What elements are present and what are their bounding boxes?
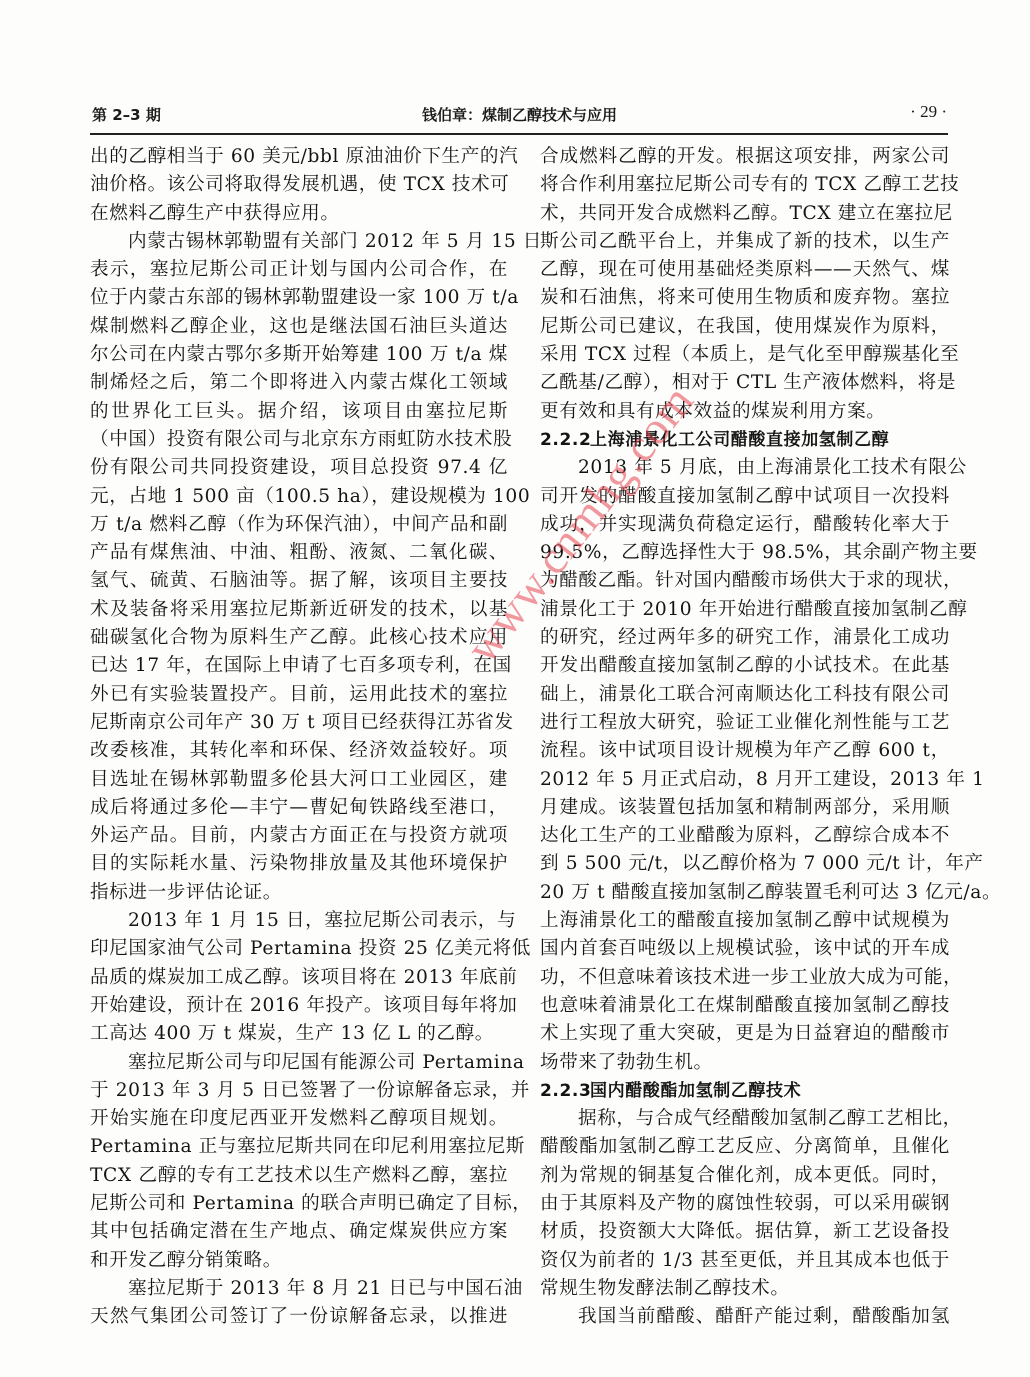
paragraph-first-line: 2013 年 5 月底，由上海浦景化工技术有限公: [540, 454, 950, 482]
text-line: 2012 年 5 月正式启动，8 月开工建设，2013 年 1: [540, 766, 950, 794]
section-number: 2.2.3: [540, 1077, 590, 1105]
running-title: 钱伯章：煤制乙醇技术与应用: [92, 104, 947, 125]
page-number: · 29 ·: [910, 102, 947, 122]
section-title: 上海浦景化工公司醋酸直接加氢制乙醇: [590, 430, 889, 450]
text-line: 材质，投资额大大降低。据估算，新工艺设备投: [540, 1218, 950, 1246]
text-line: 成后将通过多伦—丰宁—曹妃甸铁路线至港口，: [90, 794, 508, 822]
text-line: 资仅为前者的 1/3 甚至更低，并且其成本也低于: [540, 1247, 950, 1275]
text-line: 万 t/a 燃料乙醇（作为环保汽油），中间产品和副: [90, 511, 508, 539]
text-line: 场带来了勃勃生机。: [540, 1049, 950, 1077]
text-line: 术及装备将采用塞拉尼斯新近研发的技术，以基: [90, 596, 508, 624]
text-line: 尼斯公司和 Pertamina 的联合声明已确定了目标，: [90, 1190, 508, 1218]
running-header: 第 2–3 期 钱伯章：煤制乙醇技术与应用 · 29 ·: [92, 98, 947, 128]
text-line: 常规生物发酵法制乙醇技术。: [540, 1275, 950, 1303]
text-line: Pertamina 正与塞拉尼斯共同在印尼利用塞拉尼斯: [90, 1133, 508, 1161]
text-line: 术上实现了重大突破，更是为日益窘迫的醋酸市: [540, 1020, 950, 1048]
text-line: 剂为常规的铜基复合催化剂，成本更低。同时，: [540, 1162, 950, 1190]
paragraph-first-line: 塞拉尼斯公司与印尼国有能源公司 Pertamina: [90, 1049, 508, 1077]
text-line: 为醋酸乙酯。针对国内醋酸市场供大于求的现状，: [540, 567, 950, 595]
text-line: 尼斯公司已建议，在我国，使用煤炭作为原料，: [540, 313, 950, 341]
header-rule: [90, 133, 948, 135]
text-line: 功，不但意味着该技术进一步工业放大成为可能，: [540, 964, 950, 992]
text-line: 改委核准，其转化率和环保、经济效益较好。项: [90, 737, 508, 765]
text-line: 开始实施在印度尼西亚开发燃料乙醇项目规划。: [90, 1105, 508, 1133]
text-line: 表示，塞拉尼斯公司正计划与国内公司合作，在: [90, 256, 508, 284]
text-line: 在燃料乙醇生产中获得应用。: [90, 200, 508, 228]
text-line: 斯公司乙酰平台上，并集成了新的技术，以生产: [540, 228, 950, 256]
text-line: 流程。该中试项目设计规模为年产乙醇 600 t，: [540, 737, 950, 765]
right-column: 合成燃料乙醇的开发。根据这项安排，两家公司将合作利用塞拉尼斯公司专有的 TCX …: [540, 143, 950, 1331]
text-line: 99.5%，乙醇选择性大于 98.5%，其余副产物主要: [540, 539, 950, 567]
text-line: 目的实际耗水量、污染物排放量及其他环境保护: [90, 850, 508, 878]
text-line: 氢气、硫黄、石脑油等。据了解，该项目主要技: [90, 567, 508, 595]
text-line: （中国）投资有限公司与北京东方雨虹防水技术股: [90, 426, 508, 454]
text-line: 醋酸酯加氢制乙醇工艺反应、分离简单，且催化: [540, 1133, 950, 1161]
text-line: 位于内蒙古东部的锡林郭勒盟建设一家 100 万 t/a: [90, 284, 508, 312]
text-line: 将合作利用塞拉尼斯公司专有的 TCX 乙醇工艺技: [540, 171, 950, 199]
text-line: 天然气集团公司签订了一份谅解备忘录，以推进: [90, 1303, 508, 1331]
text-line: 已达 17 年，在国际上申请了七百多项专利，在国: [90, 652, 508, 680]
text-line: 司开发的醋酸直接加氢制乙醇中试项目一次投料: [540, 483, 950, 511]
text-line: 进行工程放大研究，验证工业催化剂性能与工艺: [540, 709, 950, 737]
text-line: 元，占地 1 500 亩（100.5 ha），建设规模为 100: [90, 483, 508, 511]
text-line: 浦景化工于 2010 年开始进行醋酸直接加氢制乙醇: [540, 596, 950, 624]
text-line: TCX 乙醇的专有工艺技术以生产燃料乙醇，塞拉: [90, 1162, 508, 1190]
text-line: 由于其原料及产物的腐蚀性较弱，可以采用碳钢: [540, 1190, 950, 1218]
text-line: 月建成。该装置包括加氢和精制两部分，采用顺: [540, 794, 950, 822]
text-line: 的研究，经过两年多的研究工作，浦景化工成功: [540, 624, 950, 652]
text-line: 煤制燃料乙醇企业，这也是继法国石油巨头道达: [90, 313, 508, 341]
left-column: 出的乙醇相当于 60 美元/bbl 原油油价下生产的汽油价格。该公司将取得发展机…: [90, 143, 508, 1331]
text-line: 采用 TCX 过程（本质上，是气化至甲醇羰基化至: [540, 341, 950, 369]
text-line: 术，共同开发合成燃料乙醇。TCX 建立在塞拉尼: [540, 200, 950, 228]
text-line: 乙醇，现在可使用基础烃类原料——天然气、煤: [540, 256, 950, 284]
text-line: 炭和石油焦，将来可使用生物质和废弃物。塞拉: [540, 284, 950, 312]
text-line: 份有限公司共同投资建设，项目总投资 97.4 亿: [90, 454, 508, 482]
text-line: 也意味着浦景化工在煤制醋酸直接加氢制乙醇技: [540, 992, 950, 1020]
text-line: 尔公司在内蒙古鄂尔多斯开始筹建 100 万 t/a 煤: [90, 341, 508, 369]
text-line: 20 万 t 醋酸直接加氢制乙醇装置毛利可达 3 亿元/a。: [540, 879, 950, 907]
text-line: 国内首套百吨级以上规模试验，该中试的开车成: [540, 935, 950, 963]
text-line: 目选址在锡林郭勒盟多伦县大河口工业园区，建: [90, 766, 508, 794]
paragraph-first-line: 据称，与合成气经醋酸加氢制乙醇工艺相比，: [540, 1105, 950, 1133]
paragraph-first-line: 塞拉尼斯于 2013 年 8 月 21 日已与中国石油: [90, 1275, 508, 1303]
text-line: 出的乙醇相当于 60 美元/bbl 原油油价下生产的汽: [90, 143, 508, 171]
section-heading: 2.2.3国内醋酸酯加氢制乙醇技术: [540, 1077, 950, 1105]
text-line: 工高达 400 万 t 煤炭，生产 13 亿 L 的乙醇。: [90, 1020, 508, 1048]
section-title: 国内醋酸酯加氢制乙醇技术: [590, 1081, 801, 1101]
text-line: 到 5 500 元/t，以乙醇价格为 7 000 元/t 计，年产: [540, 850, 950, 878]
section-number: 2.2.2: [540, 426, 590, 454]
text-line: 达化工生产的工业醋酸为原料，乙醇综合成本不: [540, 822, 950, 850]
text-line: 油价格。该公司将取得发展机遇，使 TCX 技术可: [90, 171, 508, 199]
text-line: 指标进一步评估论证。: [90, 879, 508, 907]
text-line: 础上，浦景化工联合河南顺达化工科技有限公司: [540, 681, 950, 709]
text-line: 制烯烃之后，第二个即将进入内蒙古煤化工领域: [90, 369, 508, 397]
text-line: 上海浦景化工的醋酸直接加氢制乙醇中试规模为: [540, 907, 950, 935]
paragraph-first-line: 2013 年 1 月 15 日，塞拉尼斯公司表示，与: [90, 907, 508, 935]
text-line: 开始建设，预计在 2016 年投产。该项目每年将加: [90, 992, 508, 1020]
text-line: 成功，并实现满负荷稳定运行，醋酸转化率大于: [540, 511, 950, 539]
text-line: 其中包括确定潜在生产地点、确定煤炭供应方案: [90, 1218, 508, 1246]
text-line: 乙酰基/乙醇），相对于 CTL 生产液体燃料，将是: [540, 369, 950, 397]
text-line: 更有效和具有成本效益的煤炭利用方案。: [540, 398, 950, 426]
text-line: 和开发乙醇分销策略。: [90, 1247, 508, 1275]
paragraph-first-line: 我国当前醋酸、醋酐产能过剩，醋酸酯加氢: [540, 1303, 950, 1331]
text-line: 品质的煤炭加工成乙醇。该项目将在 2013 年底前: [90, 964, 508, 992]
text-line: 尼斯南京公司年产 30 万 t 项目已经获得江苏省发: [90, 709, 508, 737]
text-line: 开发出醋酸直接加氢制乙醇的小试技术。在此基: [540, 652, 950, 680]
section-heading: 2.2.2上海浦景化工公司醋酸直接加氢制乙醇: [540, 426, 950, 454]
text-line: 于 2013 年 3 月 5 日已签署了一份谅解备忘录，并: [90, 1077, 508, 1105]
text-line: 外运产品。目前，内蒙古方面正在与投资方就项: [90, 822, 508, 850]
text-line: 外已有实验装置投产。目前，运用此技术的塞拉: [90, 681, 508, 709]
text-line: 印尼国家油气公司 Pertamina 投资 25 亿美元将低: [90, 935, 508, 963]
paragraph-first-line: 内蒙古锡林郭勒盟有关部门 2012 年 5 月 15 日: [90, 228, 508, 256]
text-line: 的世界化工巨头。据介绍，该项目由塞拉尼斯: [90, 398, 508, 426]
text-line: 产品有煤焦油、中油、粗酚、液氮、二氧化碳、: [90, 539, 508, 567]
text-line: 础碳氢化合物为原料生产乙醇。此核心技术应用: [90, 624, 508, 652]
text-line: 合成燃料乙醇的开发。根据这项安排，两家公司: [540, 143, 950, 171]
